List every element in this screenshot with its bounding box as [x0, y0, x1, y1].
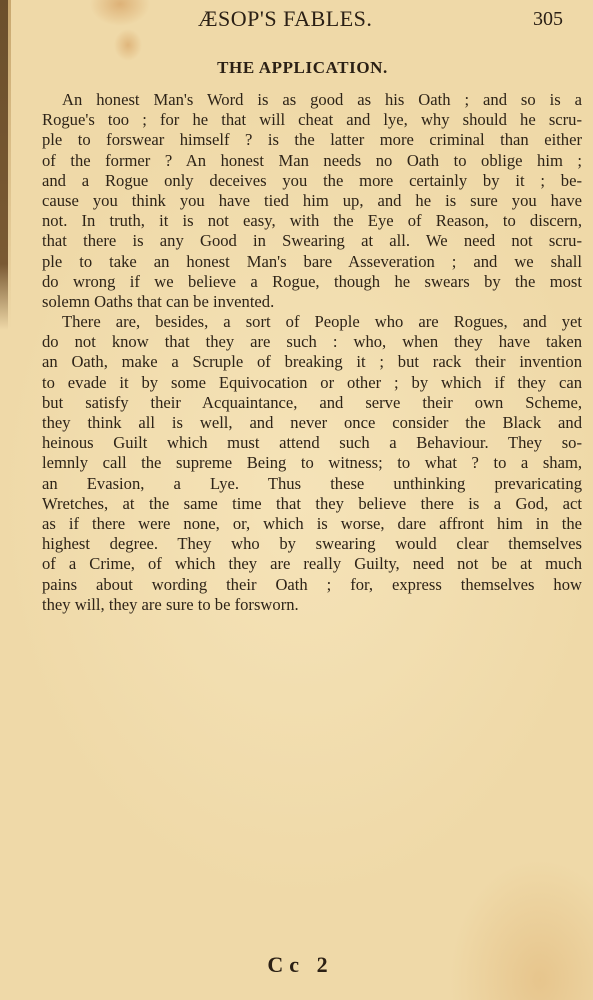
binding-shadow	[8, 0, 11, 330]
text-line: pains about wording their Oath ; for, ex…	[42, 575, 582, 595]
page-number: 305	[533, 8, 563, 31]
book-page: ÆSOP'S FABLES. 305 THE APPLICATION. An h…	[0, 0, 593, 1000]
paragraph-2: There are, besides, a sort of People who…	[42, 312, 582, 615]
text-line: they think all is well, and never once c…	[42, 413, 582, 433]
text-line: an Evasion, a Lye. Thus these unthinking…	[42, 474, 582, 494]
text-line: an Oath, make a Scruple of breaking it ;…	[42, 352, 582, 372]
signature-mark: Cc 2	[0, 952, 593, 978]
text-line: they will, they are sure to be forsworn.	[42, 595, 582, 615]
body-text: An honest Man's Word is as good as his O…	[42, 90, 582, 615]
section-title: THE APPLICATION.	[0, 58, 593, 78]
paragraph-1: An honest Man's Word is as good as his O…	[42, 90, 582, 312]
book-binding-edge	[0, 0, 8, 330]
text-line: Wretches, at the same time that they bel…	[42, 494, 582, 514]
text-line: ple to take an honest Man's bare Assever…	[42, 252, 582, 272]
text-line: lemnly call the supreme Being to witness…	[42, 453, 582, 473]
text-line: to evade it by some Equivocation or othe…	[42, 373, 582, 393]
text-line: of the former ? An honest Man needs no O…	[42, 151, 582, 171]
text-line: Rogue's too ; for he that will cheat and…	[42, 110, 582, 130]
text-line: highest degree. They who by swearing wou…	[42, 534, 582, 554]
text-line: not. In truth, it is not easy, with the …	[42, 211, 582, 231]
text-line: as if there were none, or, which is wors…	[42, 514, 582, 534]
running-head: ÆSOP'S FABLES. 305	[0, 6, 593, 36]
text-line: solemn Oaths that can be invented.	[42, 292, 582, 312]
text-line: An honest Man's Word is as good as his O…	[42, 90, 582, 110]
text-line: of a Crime, of which they are really Gui…	[42, 554, 582, 574]
text-line: but satisfy their Acquaintance, and serv…	[42, 393, 582, 413]
text-line: do not know that they are such : who, wh…	[42, 332, 582, 352]
text-line: There are, besides, a sort of People who…	[42, 312, 582, 332]
text-line: ple to forswear himself ? is the latter …	[42, 130, 582, 150]
text-line: that there is any Good in Swearing at al…	[42, 231, 582, 251]
running-title: ÆSOP'S FABLES.	[198, 6, 372, 32]
text-line: do wrong if we believe a Rogue, though h…	[42, 272, 582, 292]
text-line: and a Rogue only deceives you the more c…	[42, 171, 582, 191]
text-line: heinous Guilt which must attend such a B…	[42, 433, 582, 453]
text-line: cause you think you have tied him up, an…	[42, 191, 582, 211]
